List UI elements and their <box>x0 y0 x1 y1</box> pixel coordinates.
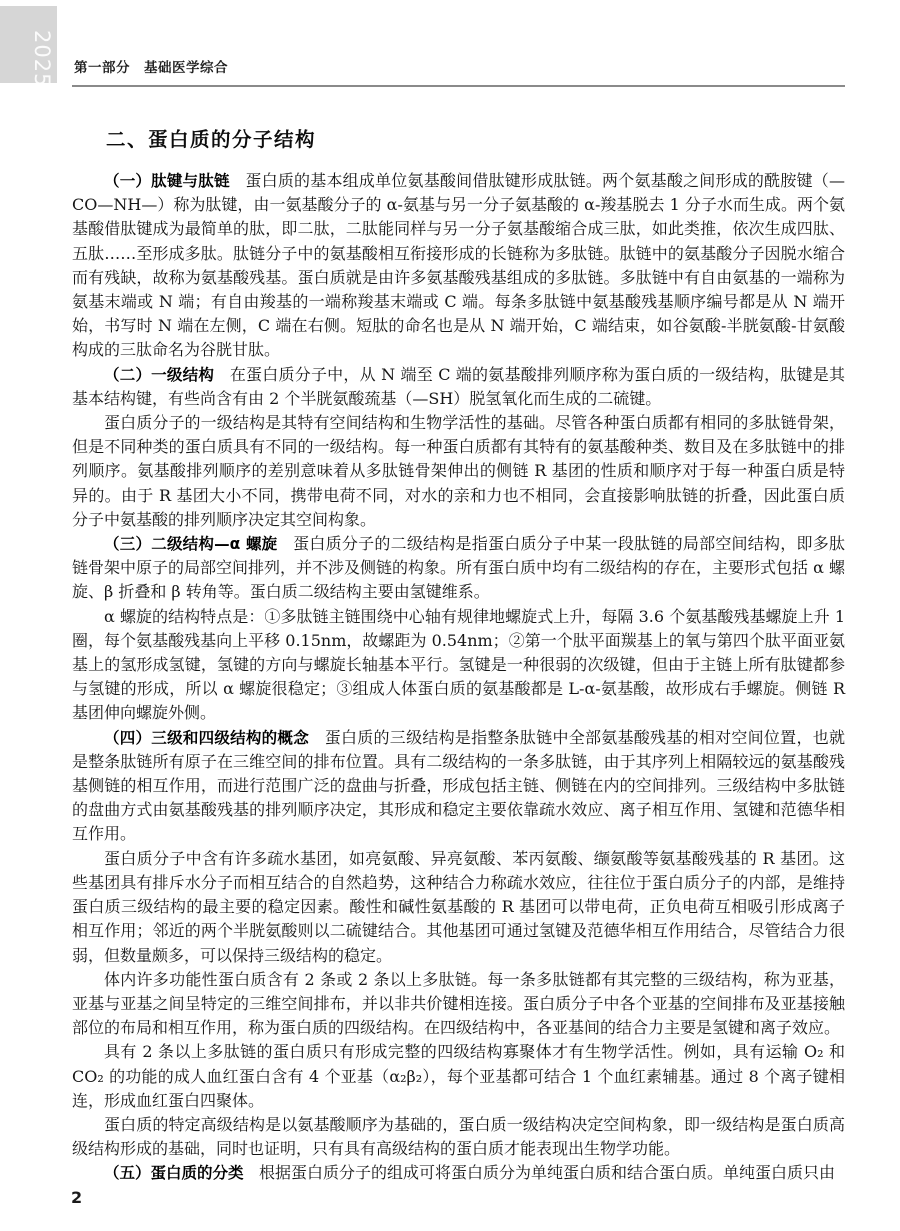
paragraph-text: 蛋白质的基本组成单位氨基酸间借肽键形成肽链。两个氨基酸之间形成的酰胺键（—CO—… <box>72 171 845 359</box>
paragraph: （三）二级结构—α 螺旋 蛋白质分子的二级结构是指蛋白质分子中某一段肽链的局部空… <box>72 532 845 605</box>
paragraph-text: 蛋白质分子中含有许多疏水基团，如亮氨酸、异亮氨酸、苯丙氨酸、缬氨酸等氨基酸残基的… <box>72 849 845 965</box>
section-lead: （二）一级结构 <box>104 366 230 384</box>
paragraph-text: 蛋白质的特定高级结构是以氨基酸顺序为基础的，蛋白质一级结构决定空间构象，即一级结… <box>72 1115 845 1158</box>
page-title: 二、蛋白质的分子结构 <box>106 128 845 152</box>
paragraph: 具有 2 条以上多肽链的蛋白质只有形成完整的四级结构寡聚体才有生物学活性。例如，… <box>72 1040 845 1113</box>
page-number: 2 <box>71 1188 82 1207</box>
paragraph: 蛋白质分子的一级结构是其特有空间结构和生物学活性的基础。尽管各种蛋白质都有相同的… <box>72 411 845 532</box>
section-lead: （四）三级和四级结构的概念 <box>104 729 325 747</box>
year-label: 2025 <box>30 30 54 87</box>
textbook-page: 2025 第一部分 基础医学综合 二、蛋白质的分子结构 （一）肽键与肽链 蛋白质… <box>0 0 900 1231</box>
paragraph: （五）蛋白质的分类 根据蛋白质分子的组成可将蛋白质分为单纯蛋白质和结合蛋白质。单… <box>72 1161 845 1185</box>
paragraph: 蛋白质分子中含有许多疏水基团，如亮氨酸、异亮氨酸、苯丙氨酸、缬氨酸等氨基酸残基的… <box>72 847 845 968</box>
year-tab: 2025 <box>0 6 57 83</box>
paragraph-text: 根据蛋白质分子的组成可将蛋白质分为单纯蛋白质和结合蛋白质。单纯蛋白质只由 <box>259 1163 835 1182</box>
section-lead: （一）肽键与肽链 <box>104 172 245 190</box>
paragraph-text: 蛋白质分子的一级结构是其特有空间结构和生物学活性的基础。尽管各种蛋白质都有相同的… <box>72 413 845 529</box>
paragraph: （一）肽键与肽链 蛋白质的基本组成单位氨基酸间借肽键形成肽链。两个氨基酸之间形成… <box>72 169 845 363</box>
header-title: 第一部分 基础医学综合 <box>74 60 228 76</box>
body-text: （一）肽键与肽链 蛋白质的基本组成单位氨基酸间借肽键形成肽链。两个氨基酸之间形成… <box>72 169 845 1186</box>
paragraph: 蛋白质的特定高级结构是以氨基酸顺序为基础的，蛋白质一级结构决定空间构象，即一级结… <box>72 1113 845 1161</box>
paragraph-text: 具有 2 条以上多肽链的蛋白质只有形成完整的四级结构寡聚体才有生物学活性。例如，… <box>72 1042 845 1109</box>
section-lead: （三）二级结构—α 螺旋 <box>104 535 293 553</box>
paragraph-text: α 螺旋的结构特点是：①多肽链主链围绕中心轴有规律地螺旋式上升，每隔 3.6 个… <box>72 607 845 723</box>
paragraph: （二）一级结构 在蛋白质分子中，从 N 端至 C 端的氨基酸排列顺序称为蛋白质的… <box>72 363 845 411</box>
paragraph: （四）三级和四级结构的概念 蛋白质的三级结构是指整条肽链中全部氨基酸残基的相对空… <box>72 726 845 847</box>
paragraph: 体内许多功能性蛋白质含有 2 条或 2 条以上多肽链。每一条多肽链都有其完整的三… <box>72 968 845 1041</box>
section-lead: （五）蛋白质的分类 <box>104 1164 259 1182</box>
page-header: 第一部分 基础医学综合 <box>72 0 845 87</box>
paragraph: α 螺旋的结构特点是：①多肽链主链围绕中心轴有规律地螺旋式上升，每隔 3.6 个… <box>72 605 845 726</box>
paragraph-text: 体内许多功能性蛋白质含有 2 条或 2 条以上多肽链。每一条多肽链都有其完整的三… <box>72 970 845 1037</box>
